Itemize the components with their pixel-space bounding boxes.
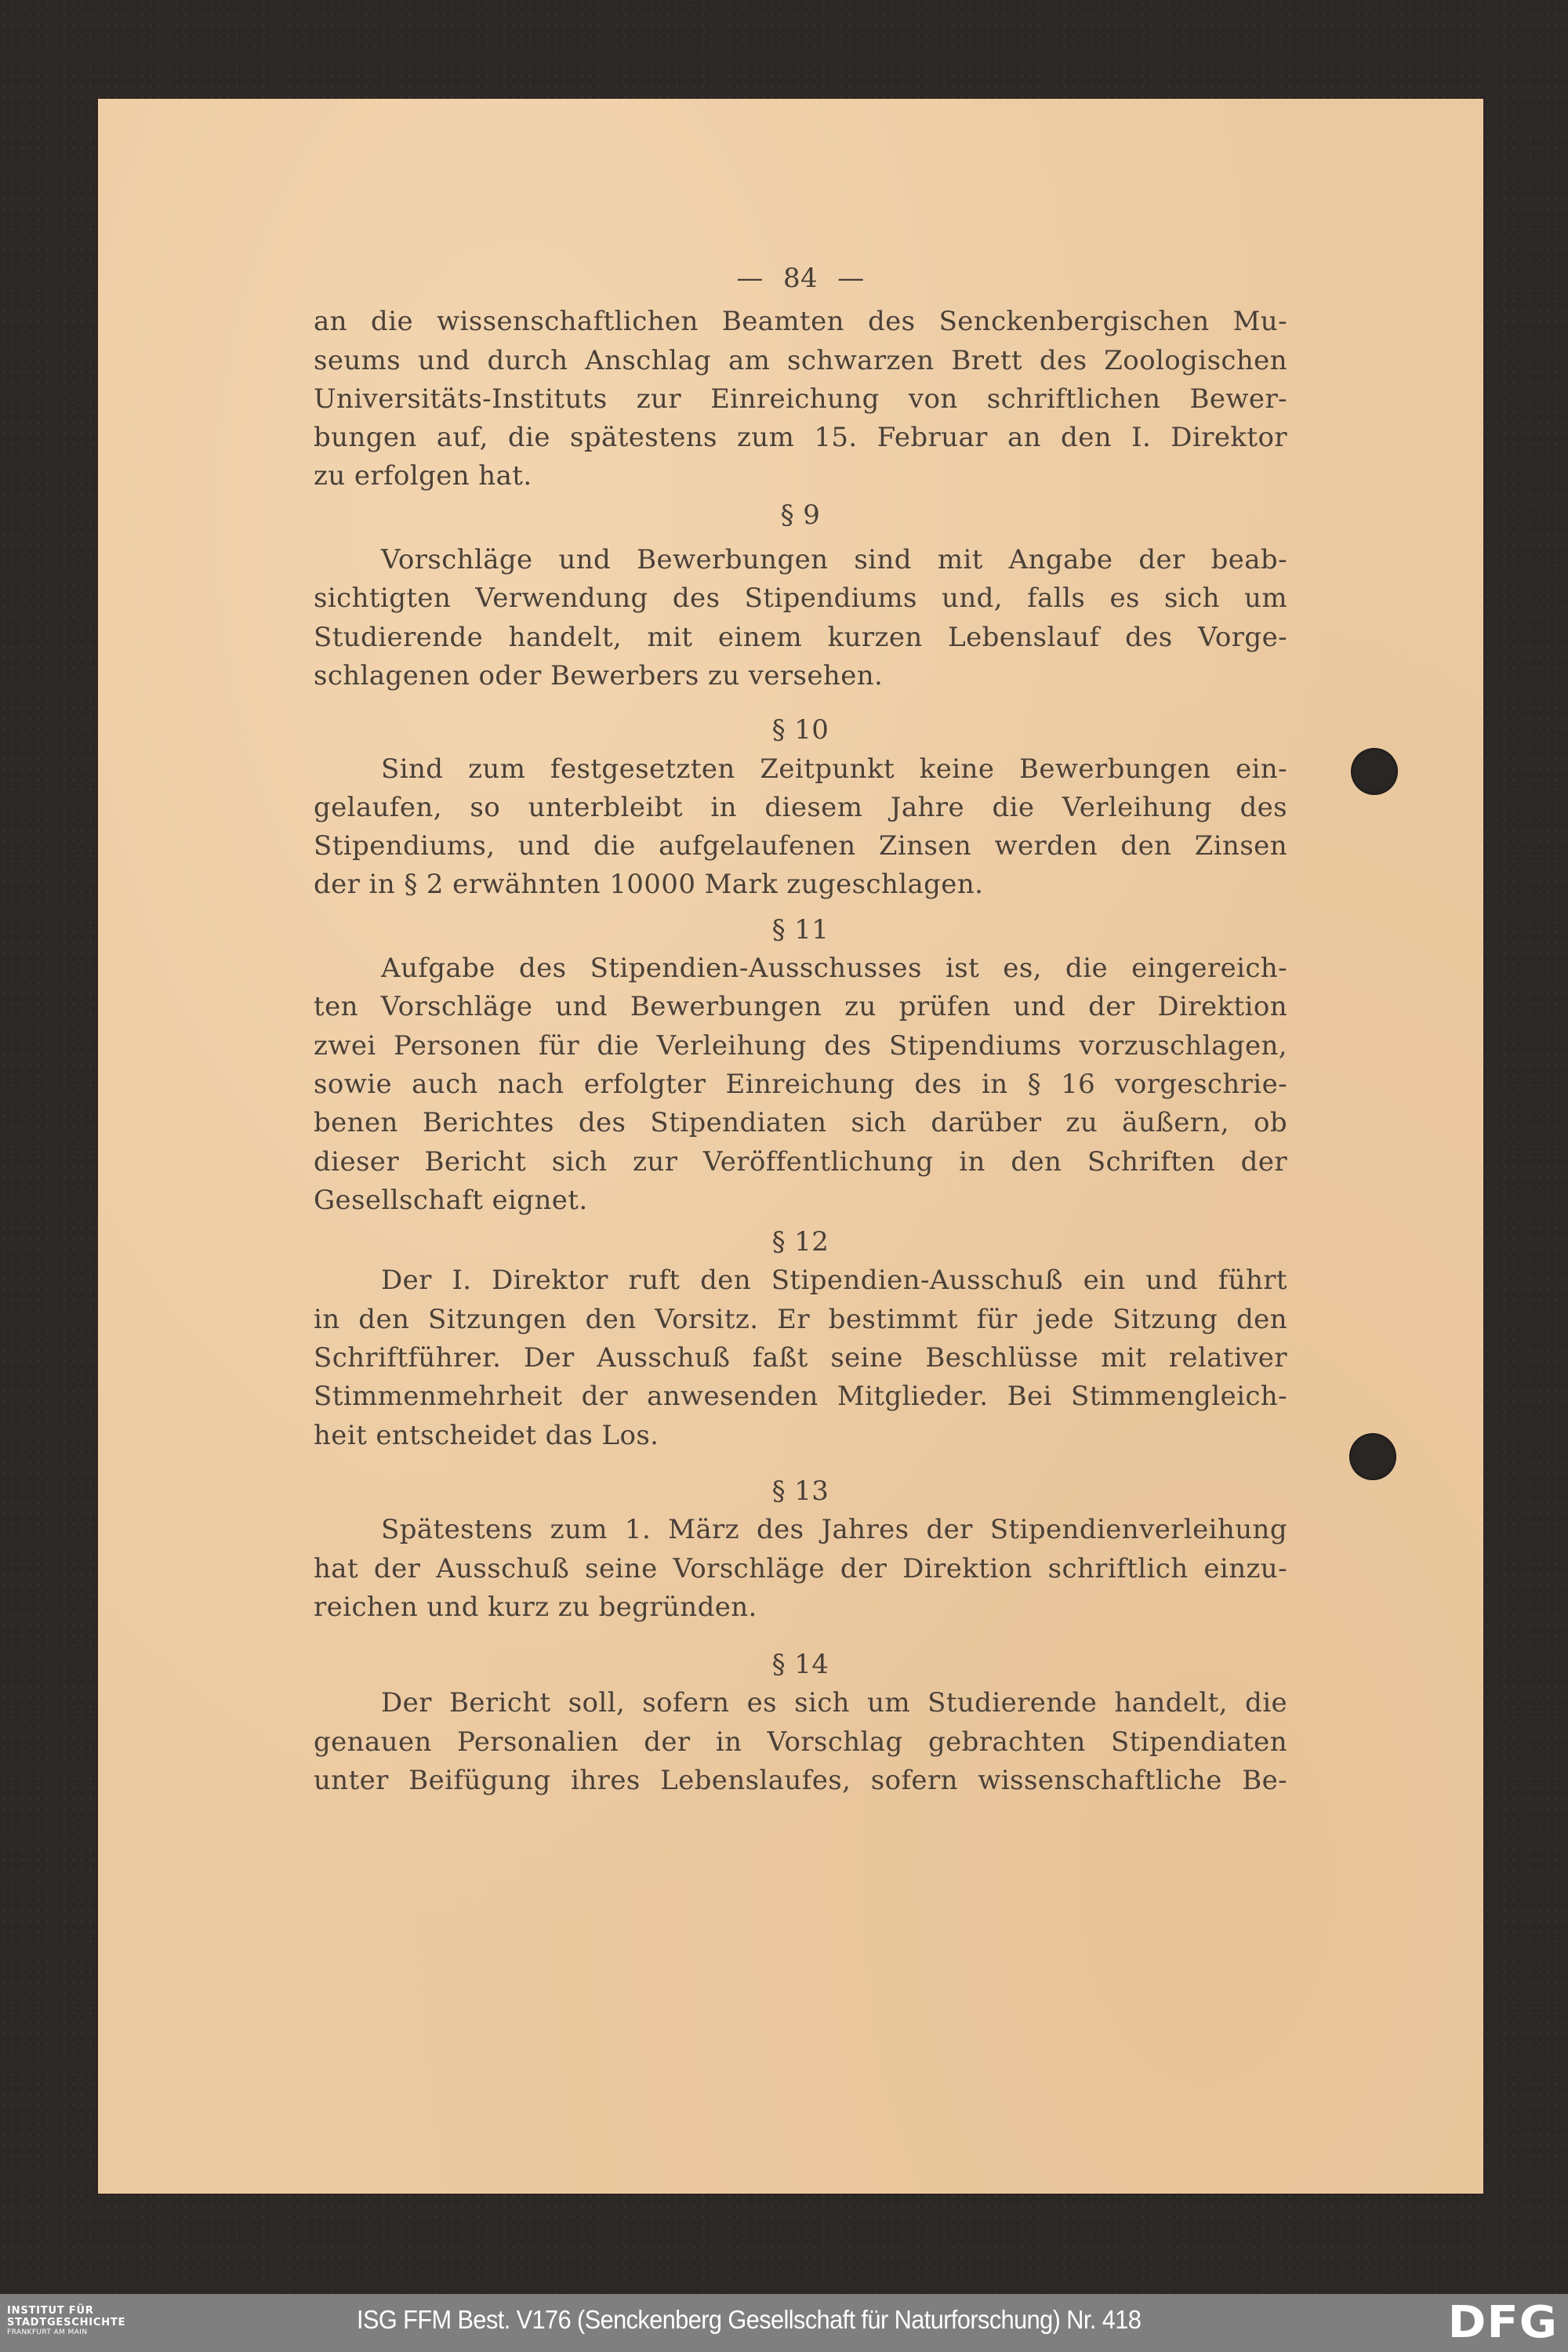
document-page: — 84 — an die wissenschaftlichen Beamten…: [98, 99, 1483, 2194]
text-line: Aufgabe des Stipendien-Ausschusses ist e…: [314, 949, 1287, 988]
text-line: gelaufen, so unterbleibt in diesem Jahre…: [314, 789, 1287, 827]
text-line: hat der Ausschuß seine Vorschläge der Di…: [314, 1550, 1287, 1588]
punch-hole-top: [1351, 748, 1398, 795]
footer-bar: INSTITUT FÜR STADTGESCHICHTE FRANKFURT A…: [0, 2294, 1568, 2352]
text-line: Studierende handelt, mit einem kurzen Le…: [314, 619, 1287, 657]
text-line: Der I. Direktor ruft den Stipendien-Auss…: [314, 1261, 1287, 1300]
punch-hole-bottom: [1349, 1433, 1396, 1480]
section-paragraph-14: Der Bericht soll, sofern es sich um Stud…: [314, 1684, 1287, 1800]
section-heading-12: § 12: [314, 1223, 1287, 1261]
text-line: sichtigten Verwendung des Stipendiums un…: [314, 579, 1287, 618]
scan-background: — 84 — an die wissenschaftlichen Beamten…: [0, 0, 1568, 2294]
section-paragraph-12: Der I. Direktor ruft den Stipendien-Auss…: [314, 1261, 1287, 1454]
text-line: zwei Personen für die Verleihung des Sti…: [314, 1027, 1287, 1065]
running-head: — 84 —: [314, 260, 1287, 298]
text-line: unter Beifügung ihres Lebenslaufes, sofe…: [314, 1762, 1287, 1800]
archive-caption: ISG FFM Best. V176 (Senckenberg Gesellsc…: [357, 2305, 1141, 2335]
section-heading-14: § 14: [314, 1646, 1287, 1684]
text-line: genauen Personalien der in Vorschlag geb…: [314, 1723, 1287, 1762]
section-paragraph-11: Aufgabe des Stipendien-Ausschusses ist e…: [314, 949, 1287, 1220]
text-line: bungen auf, die spätestens zum 15. Febru…: [314, 419, 1287, 457]
text-line: der in § 2 erwähnten 10000 Mark zugeschl…: [314, 866, 1287, 904]
section-heading-10: § 10: [314, 711, 1287, 750]
section-heading-13: § 13: [314, 1472, 1287, 1511]
text-line: Stipendiums, und die aufgelaufenen Zinse…: [314, 827, 1287, 866]
institution-location: FRANKFURT AM MAIN: [7, 2329, 125, 2336]
text-line: zu erfolgen hat.: [314, 457, 1287, 495]
text-line: Stimmenmehrheit der anwesenden Mitgliede…: [314, 1377, 1287, 1416]
text-line: an die wissenschaftlichen Beamten des Se…: [314, 303, 1287, 341]
text-line: Schriftführer. Der Ausschuß faßt seine B…: [314, 1339, 1287, 1377]
isg-institution-logo: INSTITUT FÜR STADTGESCHICHTE FRANKFURT A…: [7, 2306, 125, 2336]
section-paragraph-9: Vorschläge und Bewerbungen sind mit Anga…: [314, 541, 1287, 695]
text-line: Vorschläge und Bewerbungen sind mit Anga…: [314, 541, 1287, 579]
intro-paragraph: an die wissenschaftlichen Beamten des Se…: [314, 303, 1287, 495]
section-paragraph-10: Sind zum festgesetzten Zeitpunkt keine B…: [314, 750, 1287, 905]
dfg-logo-text: DFG: [1448, 2301, 1558, 2345]
dfg-logo-icon: DFG: [1450, 2302, 1555, 2344]
text-line: ten Vorschläge und Bewerbungen zu prüfen…: [314, 988, 1287, 1026]
text-line: seums und durch Anschlag am schwarzen Br…: [314, 342, 1287, 380]
text-line: dieser Bericht sich zur Veröffentlichung…: [314, 1143, 1287, 1181]
page-text: — 84 — an die wissenschaftlichen Beamten…: [314, 260, 1287, 1800]
text-line: schlagenen oder Bewerbers zu versehen.: [314, 657, 1287, 695]
institution-name-line2: STADTGESCHICHTE: [7, 2318, 125, 2328]
text-line: heit entscheidet das Los.: [314, 1417, 1287, 1455]
section-paragraph-13: Spätestens zum 1. März des Jahres der St…: [314, 1511, 1287, 1627]
section-heading-11: § 11: [314, 911, 1287, 949]
text-line: Gesellschaft eignet.: [314, 1181, 1287, 1220]
text-line: Sind zum festgesetzten Zeitpunkt keine B…: [314, 750, 1287, 789]
text-line: Der Bericht soll, sofern es sich um Stud…: [314, 1684, 1287, 1722]
text-line: Spätestens zum 1. März des Jahres der St…: [314, 1511, 1287, 1549]
text-line: benen Berichtes des Stipendiaten sich da…: [314, 1104, 1287, 1142]
institution-name-line1: INSTITUT FÜR: [7, 2306, 125, 2316]
text-line: in den Sitzungen den Vorsitz. Er bestimm…: [314, 1301, 1287, 1339]
text-line: sowie auch nach erfolgter Einreichung de…: [314, 1065, 1287, 1104]
text-line: Universitäts-Instituts zur Einreichung v…: [314, 380, 1287, 419]
section-heading-9: § 9: [314, 496, 1287, 535]
text-line: reichen und kurz zu begründen.: [314, 1588, 1287, 1627]
